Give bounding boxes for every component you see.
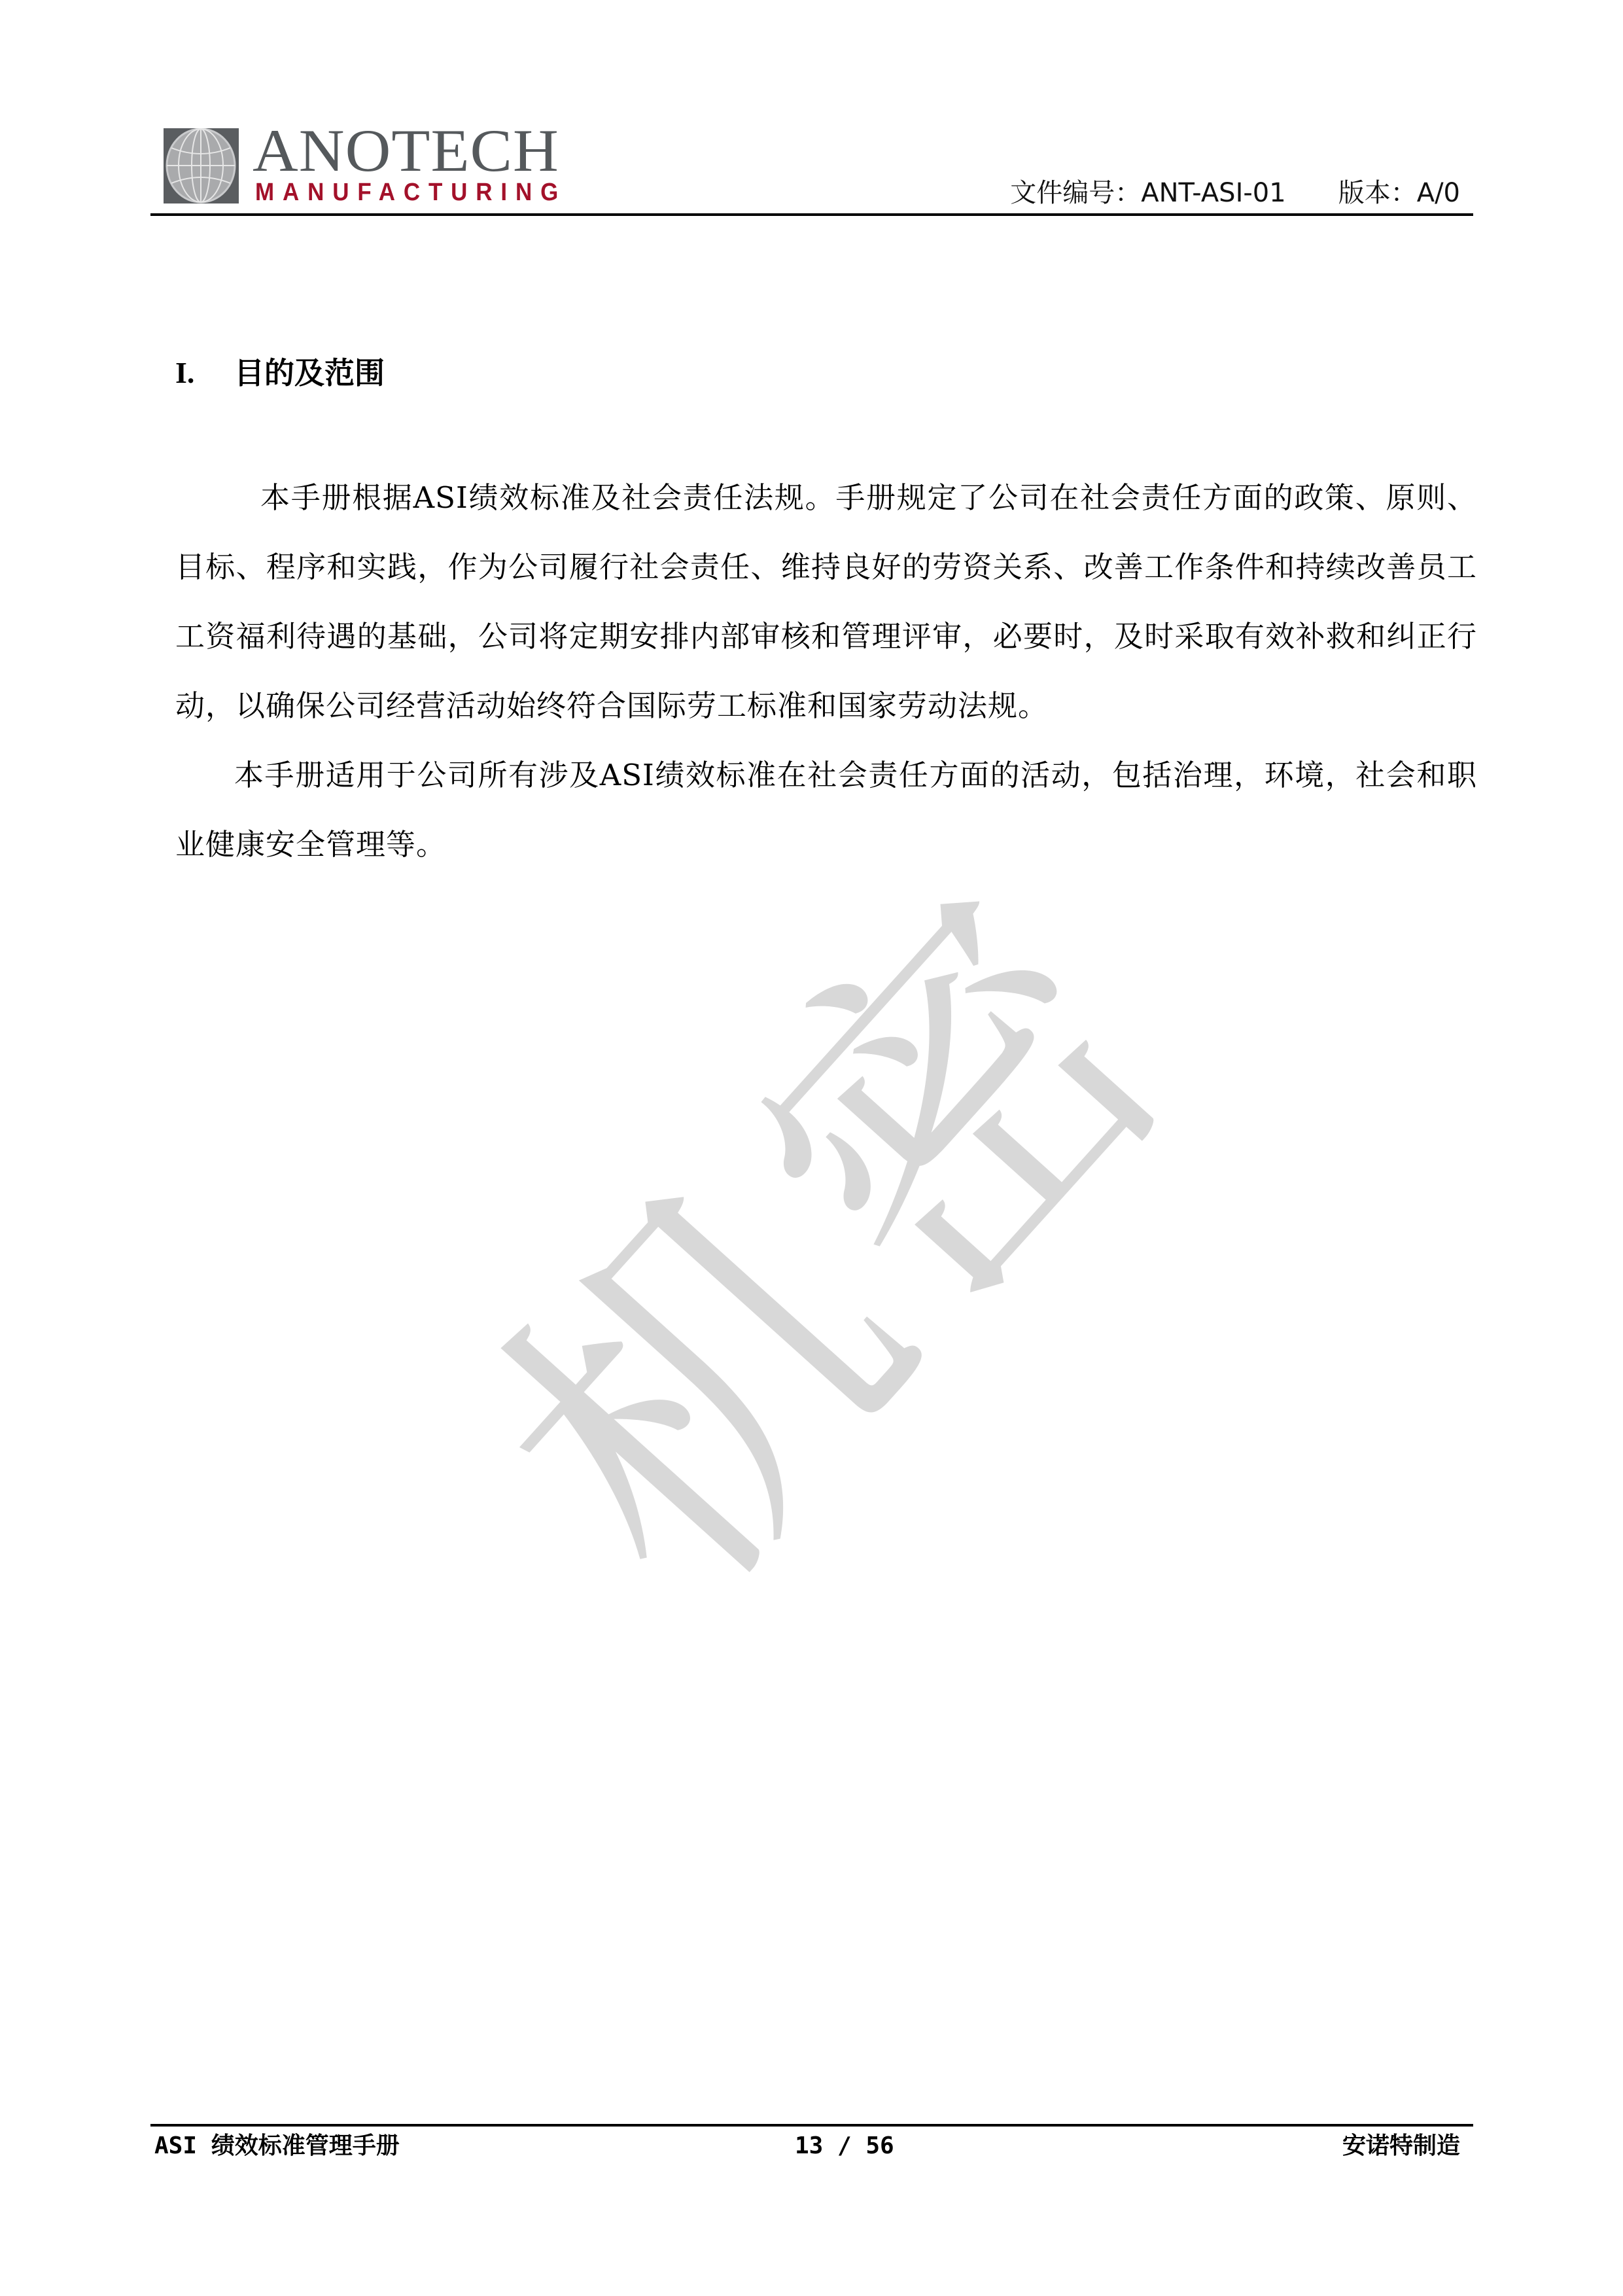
document-meta: 文件编号：ANT-ASI-01版本：A/0 [1010, 177, 1460, 209]
doc-number-label: 文件编号： [1010, 177, 1141, 209]
section-number: I. [175, 340, 234, 406]
footer-manual-title: ASI 绩效标准管理手册 [154, 2132, 400, 2161]
logo-subtitle: MANUFACTURING [255, 179, 567, 205]
globe-icon [164, 128, 239, 203]
paragraph-scope: 本手册适用于公司所有涉及ASI绩效标准在社会责任方面的活动，包括治理，环境，社会… [175, 741, 1477, 879]
page-header: ANOTECH MANUFACTURING 文件编号：ANT-ASI-01版本：… [150, 111, 1473, 216]
section-heading: I. 目的及范围 [175, 340, 1477, 406]
paragraph-purpose: 本手册根据ASI绩效标准及社会责任法规。手册规定了公司在社会责任方面的政策、原则… [175, 463, 1477, 741]
page-number: 13 / 56 [795, 2132, 894, 2161]
doc-number: ANT-ASI-01 [1141, 177, 1285, 209]
company-logo: ANOTECH MANUFACTURING [164, 114, 582, 199]
footer-company-name: 安诺特制造 [1342, 2132, 1460, 2161]
version-label: 版本： [1338, 177, 1417, 209]
header-divider [150, 213, 1473, 216]
section-title: 目的及范围 [234, 340, 385, 406]
page-footer: ASI 绩效标准管理手册 13 / 56 安诺特制造 [150, 2124, 1473, 2170]
logo-wordmark: ANOTECH [253, 120, 559, 181]
document-body: I. 目的及范围 本手册根据ASI绩效标准及社会责任法规。手册规定了公司在社会责… [175, 340, 1477, 879]
footer-divider [150, 2124, 1473, 2127]
version: A/0 [1417, 177, 1460, 209]
